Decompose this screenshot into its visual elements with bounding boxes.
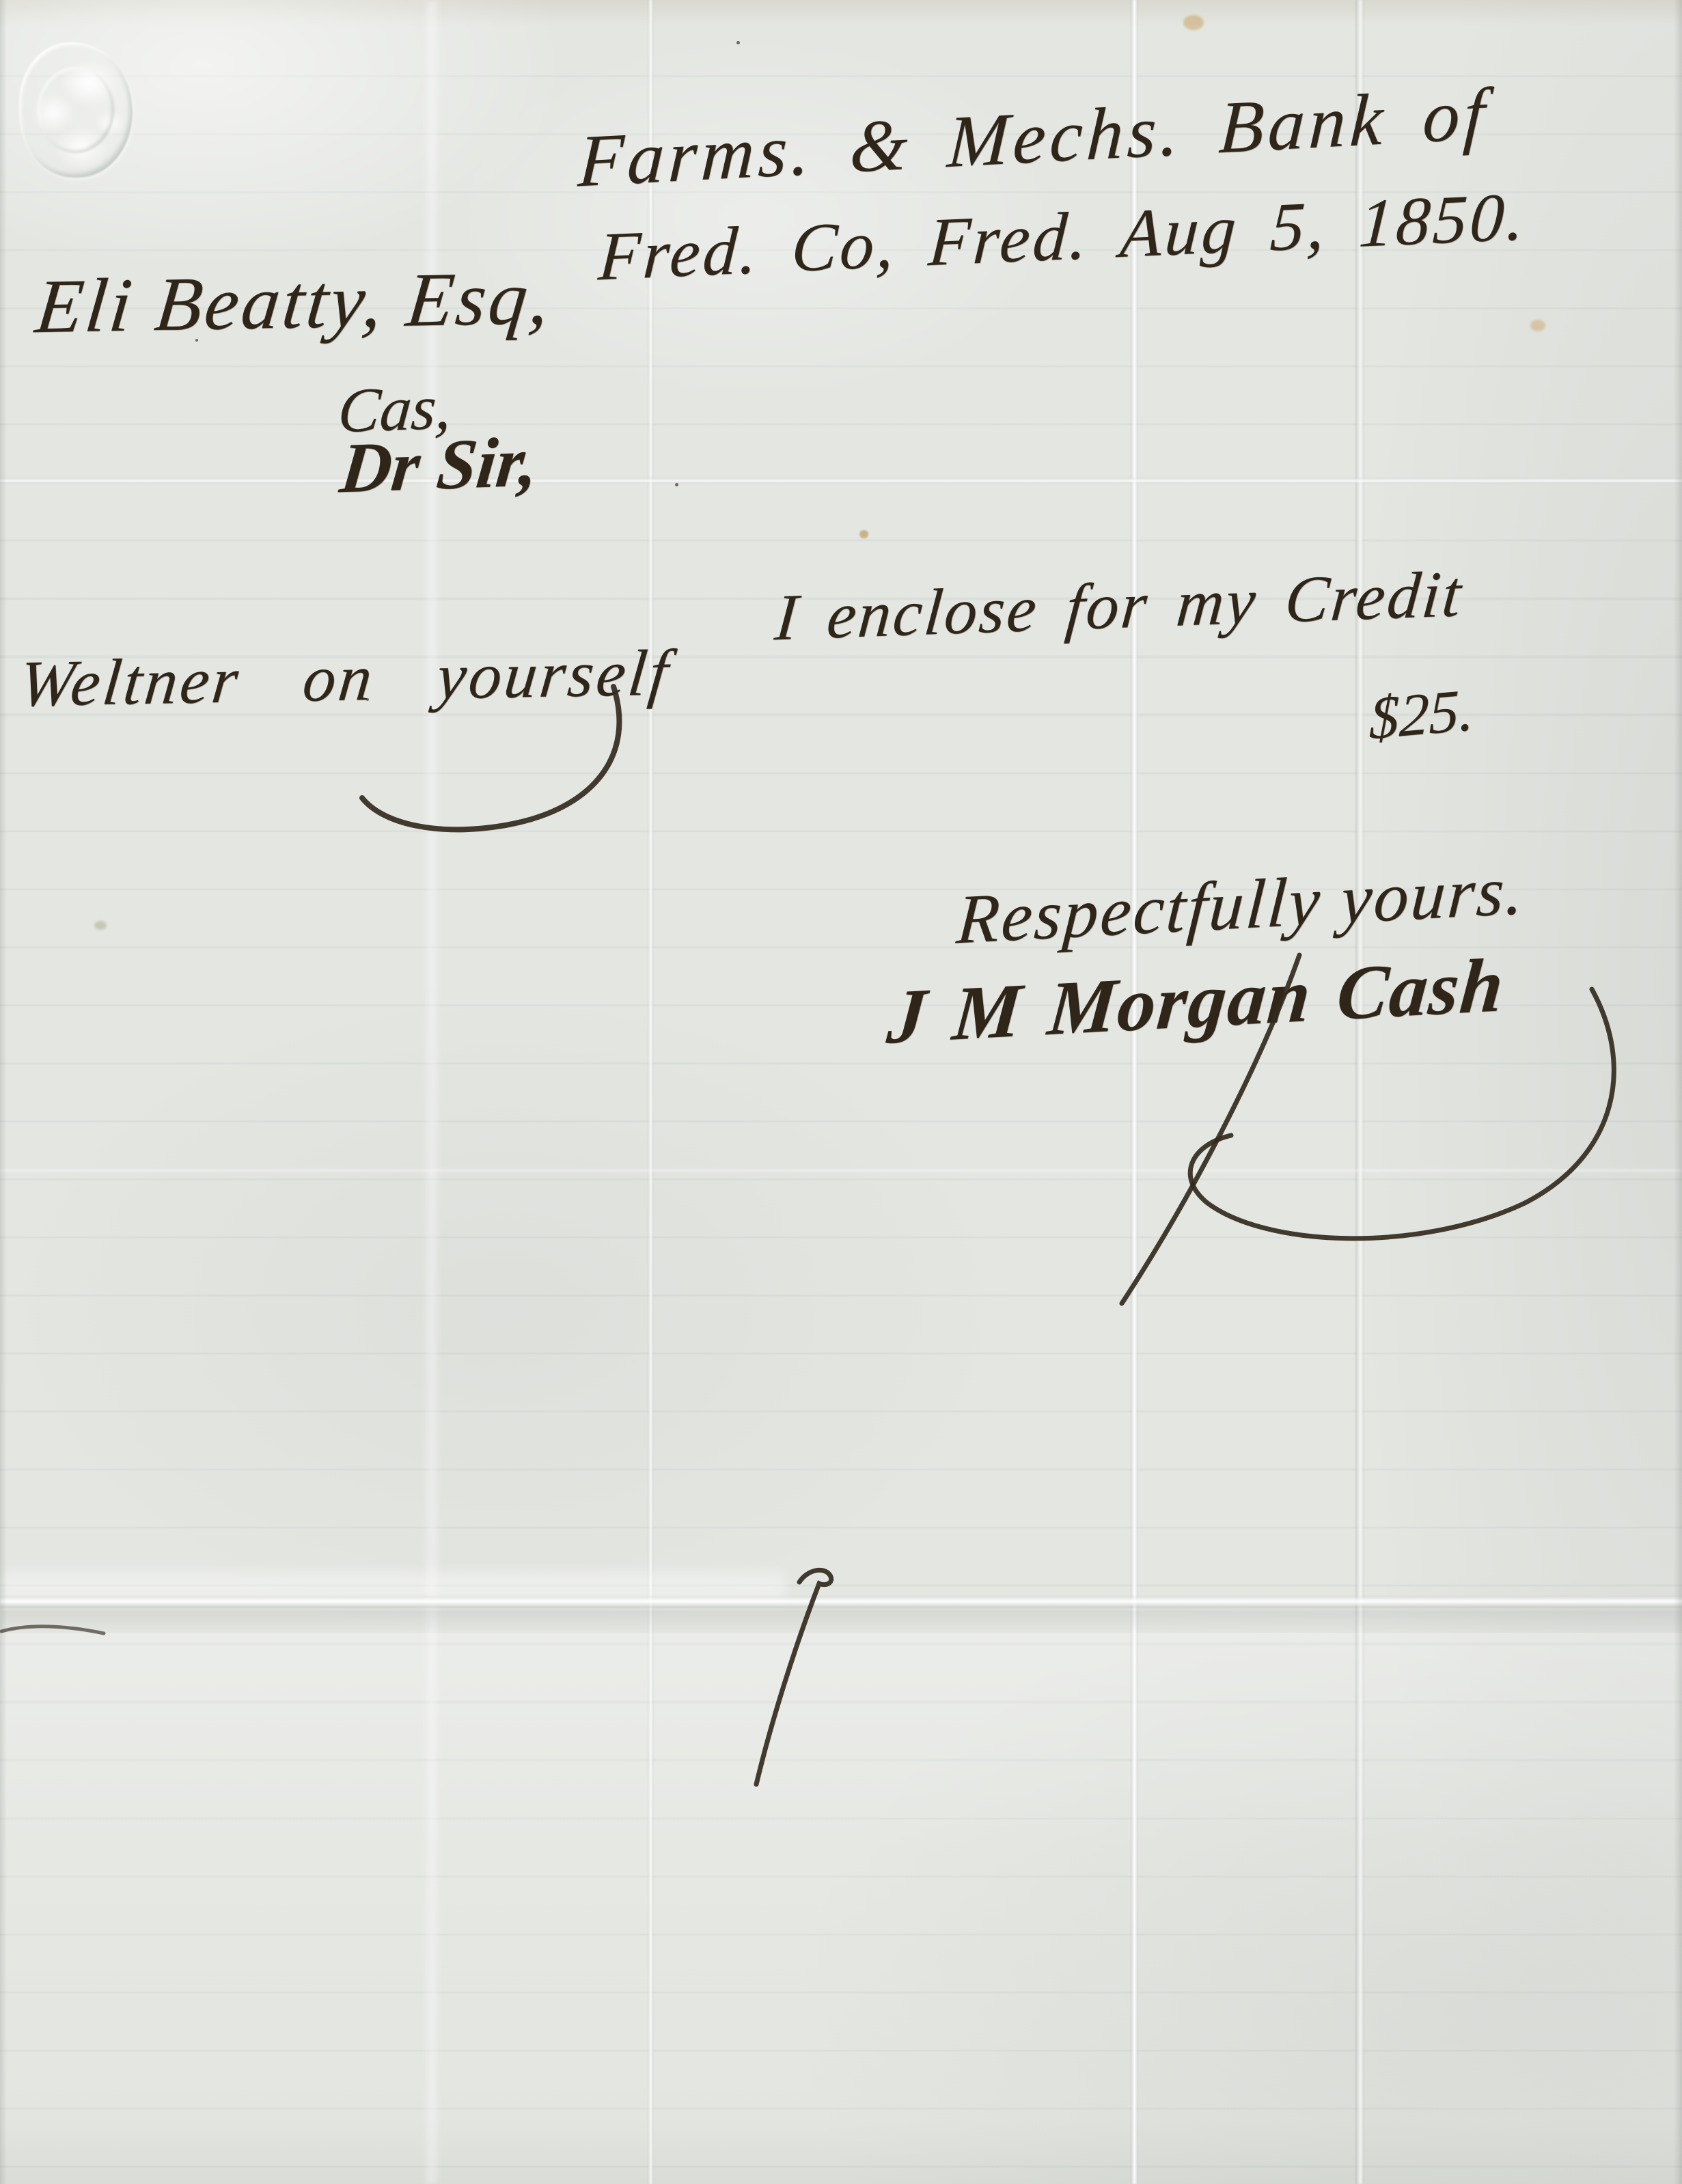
ink-speck xyxy=(366,698,369,701)
edge-tear-mark xyxy=(1,1627,104,1633)
signature-descender xyxy=(1122,955,1299,1303)
pen-flourishes xyxy=(0,0,1682,2184)
underline-flourish xyxy=(362,687,619,829)
letter-page: Farms. & Mechs. Bank of Fred. Co, Fred. … xyxy=(0,0,1682,2184)
pen-mark-7-icon xyxy=(756,1570,831,1784)
ink-speck xyxy=(675,483,678,486)
ink-speck xyxy=(736,41,740,44)
signature-loop xyxy=(1190,989,1614,1239)
ink-speck xyxy=(195,339,198,342)
